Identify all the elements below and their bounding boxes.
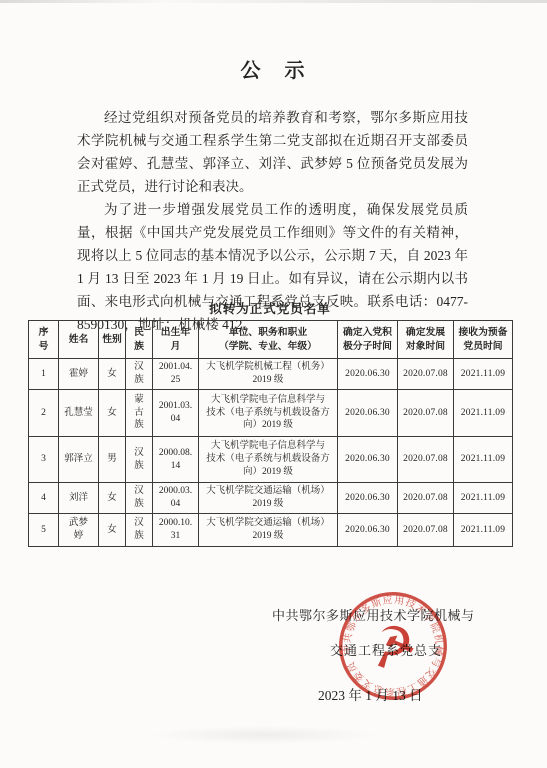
cell-unit: 大飞机学院交通运输（机场） 2019 级 [199, 514, 338, 547]
cell-gender: 女 [99, 390, 126, 437]
cell-ethnicity: 汉 族 [126, 437, 153, 483]
table-row: 5 武梦 婷 女 汉 族 2000.10. 31 大飞机学院交通运输（机场） 2… [29, 514, 513, 547]
cell-birth: 2001.04. 25 [153, 359, 199, 390]
cell-name: 郭泽立 [59, 437, 99, 483]
cell-unit: 大飞机学院交通运输（机场） 2019 级 [199, 483, 338, 514]
col-header-ethnicity: 民 族 [126, 321, 153, 359]
col-header-probation-date: 接收为预备 党员时间 [454, 321, 513, 359]
table-title: 拟转为正式党员名单 [28, 299, 512, 317]
cell-activist-date: 2020.06.30 [338, 390, 398, 437]
cell-seq: 3 [29, 437, 59, 483]
cell-probation-date: 2021.11.09 [454, 483, 513, 514]
cell-name: 孔慧莹 [59, 390, 99, 437]
cell-probation-date: 2021.11.09 [454, 514, 513, 547]
cell-candidate-date: 2020.07.08 [398, 359, 454, 390]
cell-candidate-date: 2020.07.08 [398, 483, 454, 514]
table-row: 4 刘洋 女 汉 族 2000.03. 04 大飞机学院交通运输（机场） 201… [29, 483, 513, 514]
cell-ethnicity: 汉 族 [126, 483, 153, 514]
cell-probation-date: 2021.11.09 [454, 390, 513, 437]
col-header-candidate-date: 确定发展 对象时间 [398, 321, 454, 359]
members-table: 序 号 姓名 性别 民 族 出生年 月 单位、职务和职业 （学院、专业、年级） … [28, 320, 513, 547]
document-page: 公 示 经过党组织对预备党员的培养教育和考察，鄂尔多斯应用技术学院机械与交通工程… [0, 0, 547, 768]
col-header-name: 姓名 [59, 321, 99, 359]
table-row: 2 孔慧莹 女 蒙 古 族 2001.03. 04 大飞机学院电子信息科学与 技… [29, 390, 513, 437]
cell-name: 刘洋 [59, 483, 99, 514]
cell-seq: 5 [29, 514, 59, 547]
cell-seq: 4 [29, 483, 59, 514]
cell-probation-date: 2021.11.09 [454, 359, 513, 390]
col-header-gender: 性别 [99, 321, 126, 359]
cell-ethnicity: 汉 族 [126, 359, 153, 390]
cell-gender: 女 [99, 514, 126, 547]
cell-birth: 2001.03. 04 [153, 390, 199, 437]
cell-activist-date: 2020.06.30 [338, 483, 398, 514]
cell-candidate-date: 2020.07.08 [398, 514, 454, 547]
cell-name: 武梦 婷 [59, 514, 99, 547]
cell-unit: 大飞机学院机械工程（机务） 2019 级 [199, 359, 338, 390]
col-header-birth: 出生年 月 [153, 321, 199, 359]
paragraph-1: 经过党组织对预备党员的培养教育和考察，鄂尔多斯应用技术学院机械与交通工程系学生第… [77, 106, 468, 198]
cell-candidate-date: 2020.07.08 [398, 437, 454, 483]
table-row: 3 郭泽立 男 汉 族 2000.08. 14 大飞机学院电子信息科学与 技术（… [29, 437, 513, 483]
cell-seq: 1 [29, 359, 59, 390]
cell-activist-date: 2020.06.30 [338, 359, 398, 390]
col-header-activist-date: 确定入党积 极分子时间 [338, 321, 398, 359]
table-row: 1 霍婷 女 汉 族 2001.04. 25 大飞机学院机械工程（机务） 201… [29, 359, 513, 390]
cell-birth: 2000.03. 04 [153, 483, 199, 514]
scan-artifact-top [0, 0, 547, 3]
cell-seq: 2 [29, 390, 59, 437]
col-header-seq: 序 号 [29, 321, 59, 359]
cell-activist-date: 2020.06.30 [338, 437, 398, 483]
page-title: 公 示 [0, 54, 547, 83]
cell-unit: 大飞机学院电子信息科学与 技术（电子系统与机载设备方 向）2019 级 [199, 390, 338, 437]
scan-artifact-bottom [150, 726, 380, 744]
table-header-row: 序 号 姓名 性别 民 族 出生年 月 单位、职务和职业 （学院、专业、年级） … [29, 321, 513, 359]
cell-ethnicity: 蒙 古 族 [126, 390, 153, 437]
cell-ethnicity: 汉 族 [126, 514, 153, 547]
cell-gender: 女 [99, 483, 126, 514]
signature-date: 2023 年 1 月 13 日 [318, 684, 423, 704]
col-header-unit: 单位、职务和职业 （学院、专业、年级） [199, 321, 338, 359]
cell-unit: 大飞机学院电子信息科学与 技术（电子系统与机载设备方 向）2019 级 [199, 437, 338, 483]
signature-org-line1: 中共鄂尔多斯应用技术学院机械与 [272, 605, 475, 624]
cell-birth: 2000.10. 31 [153, 514, 199, 547]
cell-candidate-date: 2020.07.08 [398, 390, 454, 437]
cell-probation-date: 2021.11.09 [454, 437, 513, 483]
cell-birth: 2000.08. 14 [153, 437, 199, 483]
cell-gender: 女 [99, 359, 126, 390]
signature-org-line2: 交通工程系党总支 [330, 640, 442, 659]
cell-gender: 男 [99, 437, 126, 483]
cell-activist-date: 2020.06.30 [338, 514, 398, 547]
cell-name: 霍婷 [59, 359, 99, 390]
